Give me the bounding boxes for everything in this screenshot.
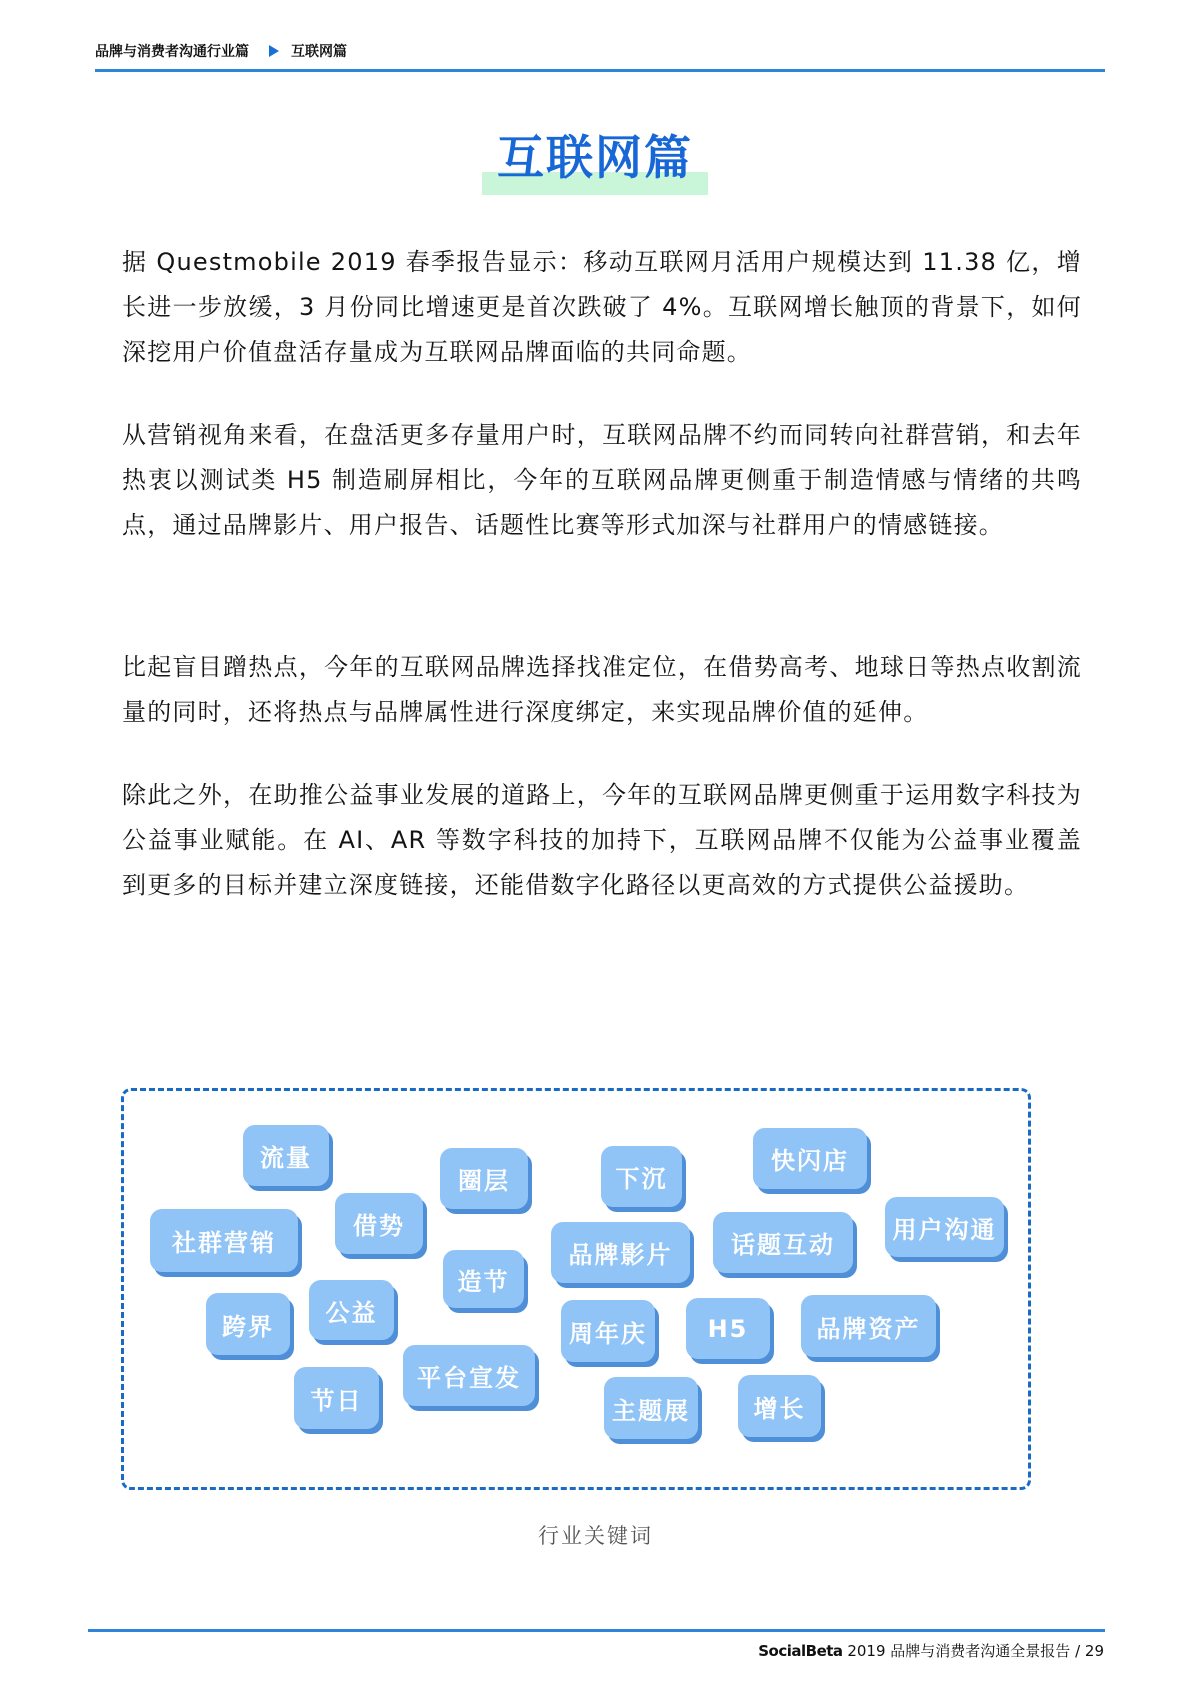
keyword-tag: 主题展 <box>604 1377 698 1439</box>
keyword-tag: 平台宣发 <box>403 1345 535 1406</box>
keyword-tag: 话题互动 <box>713 1212 853 1273</box>
paragraph-3: 比起盲目蹭热点，今年的互联网品牌选择找准定位，在借势高考、地球日等热点收割流量的… <box>122 645 1082 735</box>
page-number: 29 <box>1085 1642 1104 1660</box>
page-title: 互联网篇 <box>482 130 708 188</box>
keyword-tag: 社群营销 <box>150 1209 298 1272</box>
keyword-tag: 周年庆 <box>561 1300 655 1362</box>
keyword-tag: 造节 <box>443 1250 524 1308</box>
footer-report-title: 2019 品牌与消费者沟通全景报告 <box>847 1642 1070 1660</box>
footer-brand: SocialBeta <box>758 1642 842 1660</box>
page-footer: SocialBeta 2019 品牌与消费者沟通全景报告 / 29 <box>758 1640 1104 1661</box>
keyword-tag: 品牌资产 <box>801 1295 936 1357</box>
keyword-tag: 圈层 <box>440 1148 528 1209</box>
page-title-block: 互联网篇 <box>482 130 708 196</box>
keyword-tag: 跨界 <box>206 1293 290 1355</box>
footer-divider <box>88 1629 1105 1632</box>
breadcrumb: 品牌与消费者沟通行业篇 互联网篇 <box>95 40 347 62</box>
keyword-tag: 公益 <box>309 1280 394 1340</box>
keyword-tag: 用户沟通 <box>885 1197 1004 1257</box>
keyword-tag: 流量 <box>243 1125 329 1186</box>
paragraph-4: 除此之外，在助推公益事业发展的道路上，今年的互联网品牌更侧重于运用数字科技为公益… <box>122 773 1082 908</box>
keyword-tag: 增长 <box>738 1375 821 1437</box>
triangle-right-icon <box>269 45 279 57</box>
keyword-tag: 下沉 <box>601 1146 682 1207</box>
keyword-tag: H5 <box>686 1298 770 1359</box>
breadcrumb-section: 品牌与消费者沟通行业篇 <box>95 41 249 61</box>
header-divider <box>95 69 1105 72</box>
keyword-tag: 品牌影片 <box>551 1222 690 1283</box>
figure-caption: 行业关键词 <box>0 1520 1191 1550</box>
keyword-tag: 快闪店 <box>753 1128 867 1189</box>
paragraph-1: 据 Questmobile 2019 春季报告显示：移动互联网月活用户规模达到 … <box>122 240 1082 375</box>
breadcrumb-subsection: 互联网篇 <box>291 41 347 61</box>
footer-separator: / <box>1075 1642 1080 1660</box>
keyword-tag: 借势 <box>335 1193 423 1254</box>
keyword-tag: 节日 <box>294 1367 379 1429</box>
paragraph-2: 从营销视角来看，在盘活更多存量用户时，互联网品牌不约而同转向社群营销，和去年热衷… <box>122 413 1082 548</box>
